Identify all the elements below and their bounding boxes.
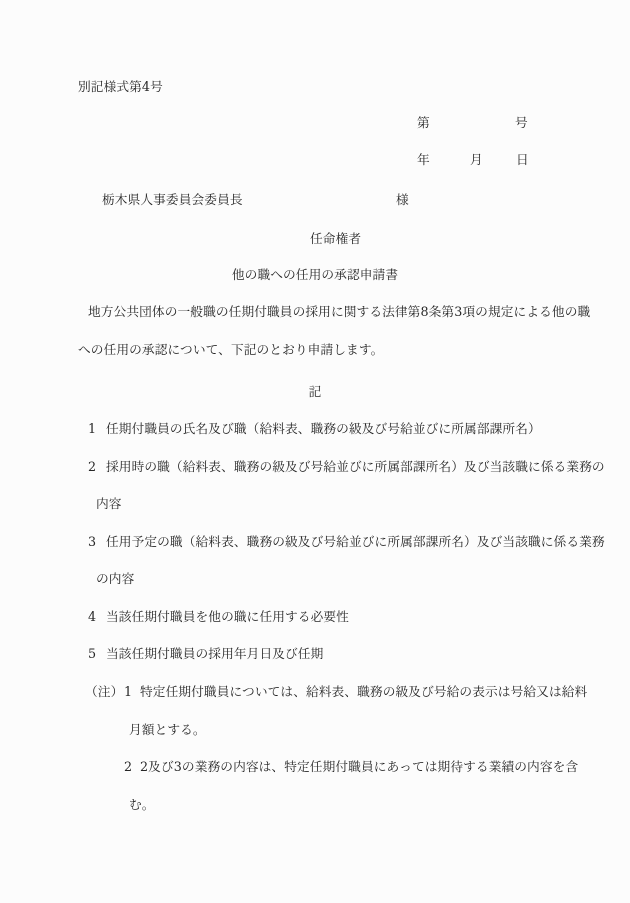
note-text: 特定任期付職員については、給料表、職務の級及び号給の表示は号給又は給料 <box>140 684 587 699</box>
list-item-2: 2採用時の職（給料表、職務の級及び号給並びに所属部課所名）及び当該職に係る業務の <box>88 459 605 474</box>
date-day-label: 日 <box>516 152 529 167</box>
note-text: 2及び3の業務の内容は、特定任期付職員にあっては期待する業績の内容を含 <box>140 759 578 774</box>
item-text: 当該任期付職員を他の職に任用する必要性 <box>106 609 349 624</box>
addressee-honorific: 様 <box>396 192 409 207</box>
item-number: 4 <box>88 609 106 624</box>
list-item-2-continuation: 内容 <box>96 496 122 511</box>
note-item-2-continuation: む。 <box>129 797 155 812</box>
list-item-3-continuation: の内容 <box>96 571 134 586</box>
sender-label: 任命権者 <box>310 231 361 246</box>
list-item-1: 1任期付職員の氏名及び職（給料表、職務の級及び号給並びに所属部課所名） <box>88 421 541 436</box>
note-label: （注） <box>85 684 124 699</box>
list-item-5: 5当該任期付職員の採用年月日及び任期 <box>88 646 323 661</box>
addressee-name: 栃木県人事委員会委員長 <box>102 192 243 207</box>
date-year-label: 年 <box>417 152 430 167</box>
item-text: 任用予定の職（給料表、職務の級及び号給並びに所属部課所名）及び当該職に係る業務 <box>106 534 605 549</box>
note-number: 2 <box>124 759 140 774</box>
record-marker: 記 <box>0 384 630 399</box>
list-item-3: 3任用予定の職（給料表、職務の級及び号給並びに所属部課所名）及び当該職に係る業務 <box>88 534 605 549</box>
item-text: 任期付職員の氏名及び職（給料表、職務の級及び号給並びに所属部課所名） <box>106 421 541 436</box>
note-number: 1 <box>124 684 140 699</box>
doc-number-suffix: 号 <box>515 115 528 130</box>
doc-number-prefix: 第 <box>417 115 430 130</box>
document-title: 他の職への任用の承認申請書 <box>0 267 630 282</box>
item-text: 採用時の職（給料表、職務の級及び号給並びに所属部課所名）及び当該職に係る業務の <box>106 459 605 474</box>
form-document-page: 別記様式第4号 第 号 年 月 日 栃木県人事委員会委員長 様 任命権者 他の職… <box>0 0 630 903</box>
item-number: 3 <box>88 534 106 549</box>
list-item-4: 4当該任期付職員を他の職に任用する必要性 <box>88 609 349 624</box>
note-item-1: （注）1特定任期付職員については、給料表、職務の級及び号給の表示は号給又は給料 <box>85 684 587 699</box>
note-item-2: 22及び3の業務の内容は、特定任期付職員にあっては期待する業績の内容を含 <box>85 759 578 774</box>
form-style-number: 別記様式第4号 <box>78 79 163 94</box>
opening-paragraph-line2: への任用の承認について、下記のとおり申請します。 <box>78 342 383 357</box>
opening-paragraph-line1: 地方公共団体の一般職の任期付職員の採用に関する法律第8条第3項の規定による他の職 <box>88 304 590 319</box>
date-month-label: 月 <box>470 152 483 167</box>
item-number: 1 <box>88 421 106 436</box>
item-text: 当該任期付職員の採用年月日及び任期 <box>106 646 323 661</box>
item-number: 2 <box>88 459 106 474</box>
item-number: 5 <box>88 646 106 661</box>
note-item-1-continuation: 月額とする。 <box>129 722 206 737</box>
